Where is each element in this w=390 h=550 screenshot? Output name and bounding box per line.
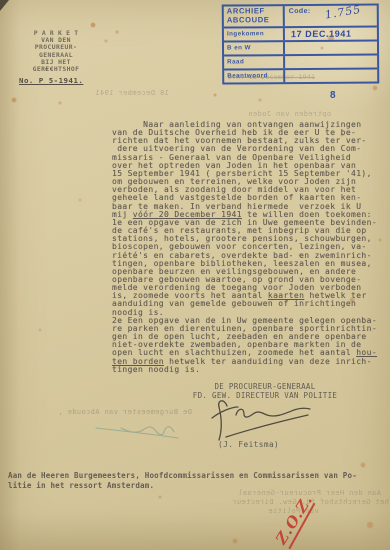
stamp-row: Ingekomen 17 DEC.1941 bbox=[224, 25, 377, 40]
footer-line: litie in het ressort Amsterdam. bbox=[8, 481, 154, 490]
scan-corner-mark bbox=[0, 0, 9, 11]
body-line: tingen noodig is. bbox=[112, 366, 377, 374]
stamp-header: ARCHIEF ABCOUDE Code: 1.755 bbox=[224, 5, 377, 26]
stamp-row: B en W bbox=[224, 39, 377, 54]
ghost-burgemeester-line: De Burgemeester van Abcoude , bbox=[58, 408, 192, 416]
letterhead-separator: -- bbox=[44, 64, 54, 73]
stamp-code-cell: Code: 1.755 bbox=[285, 5, 377, 26]
page-number: 8 bbox=[330, 90, 336, 101]
handwritten-signature bbox=[196, 396, 321, 446]
reference-number: No. P 5-1941. bbox=[19, 76, 83, 85]
stamp-row: Raad bbox=[224, 53, 377, 68]
stamp-code-value: 1.755 bbox=[324, 3, 362, 22]
stamp-org-line: ABCOUDE bbox=[227, 16, 283, 25]
ghost-signature bbox=[92, 418, 182, 443]
stamp-row-value bbox=[285, 41, 377, 54]
stamp-row-value bbox=[285, 55, 377, 68]
stamp-org-cell: ARCHIEF ABCOUDE bbox=[224, 6, 285, 26]
stamp-code-label: Code: bbox=[289, 8, 311, 15]
letterhead-line: PROCUREUR-GENERAAL bbox=[18, 44, 94, 58]
letterhead: P A R K E T VAN DEN PROCUREUR-GENERAAL B… bbox=[18, 30, 94, 73]
date-received-stamp: 17 DEC.1941 bbox=[285, 27, 377, 40]
stamp-row-label: Raad bbox=[224, 56, 285, 68]
ghost-date: 18 December 1941 bbox=[95, 89, 169, 97]
stamp-row-label: B en W bbox=[224, 42, 285, 54]
letterhead-line: BIJ HET GERECHTSHOF bbox=[18, 59, 94, 73]
ghost-text-line: optreden van Joden bbox=[248, 110, 331, 118]
faint-dateline: D.M. 15 December 1941 bbox=[228, 73, 315, 81]
letter-body: Naar aanleiding van ontvangen aanwijzing… bbox=[112, 121, 377, 374]
signer-name: (J. Feitsma) bbox=[218, 440, 279, 449]
address-footer: Aan de Heeren Burgemeesters, Hoofdcommis… bbox=[8, 471, 357, 490]
scanned-letter-page: { "document": { "letterhead": { "lines":… bbox=[0, 0, 390, 550]
stamp-row-label: Ingekomen bbox=[224, 28, 285, 40]
footer-line: Aan de Heeren Burgemeesters, Hoofdcommis… bbox=[8, 471, 357, 480]
